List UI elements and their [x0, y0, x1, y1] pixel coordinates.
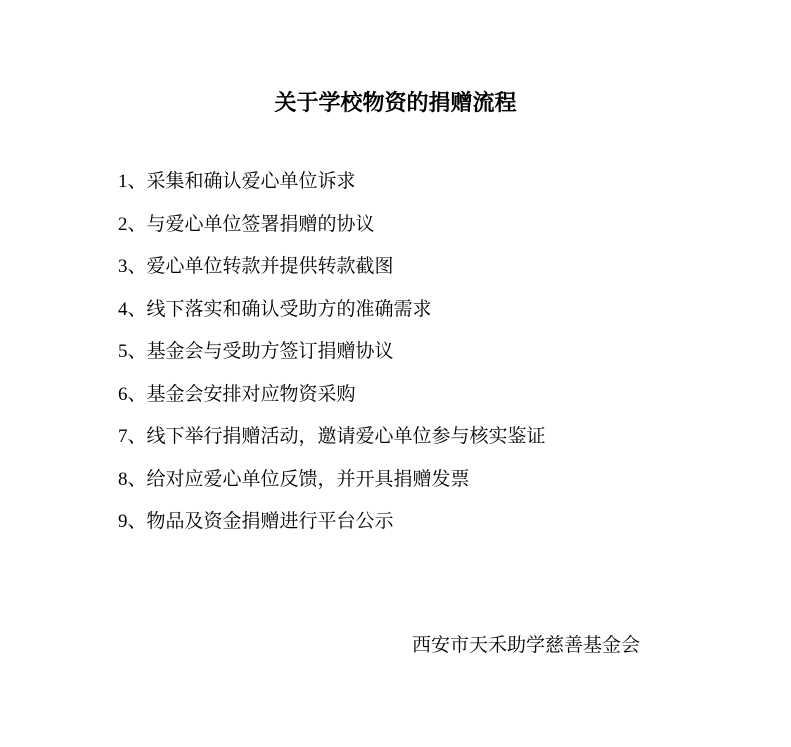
list-item: 1、采集和确认爱心单位诉求 — [118, 172, 751, 191]
document-page: 关于学校物资的捐赠流程 1、采集和确认爱心单位诉求 2、与爱心单位签署捐赠的协议… — [0, 0, 791, 747]
list-item: 8、给对应爱心单位反馈，并开具捐赠发票 — [118, 470, 751, 489]
list-item: 4、线下落实和确认受助方的准确需求 — [118, 300, 751, 319]
list-item: 3、爱心单位转款并提供转款截图 — [118, 257, 751, 276]
list-item: 7、线下举行捐赠活动，邀请爱心单位参与核实鉴证 — [118, 427, 751, 446]
list-item: 2、与爱心单位签署捐赠的协议 — [118, 215, 751, 234]
list-item: 5、基金会与受助方签订捐赠协议 — [118, 342, 751, 361]
signature-organization: 西安市天禾助学慈善基金会 — [412, 636, 640, 656]
list-item: 6、基金会安排对应物资采购 — [118, 385, 751, 404]
document-title: 关于学校物资的捐赠流程 — [0, 91, 791, 115]
list-item: 9、物品及资金捐赠进行平台公示 — [118, 512, 751, 531]
process-step-list: 1、采集和确认爱心单位诉求 2、与爱心单位签署捐赠的协议 3、爱心单位转款并提供… — [118, 172, 751, 555]
